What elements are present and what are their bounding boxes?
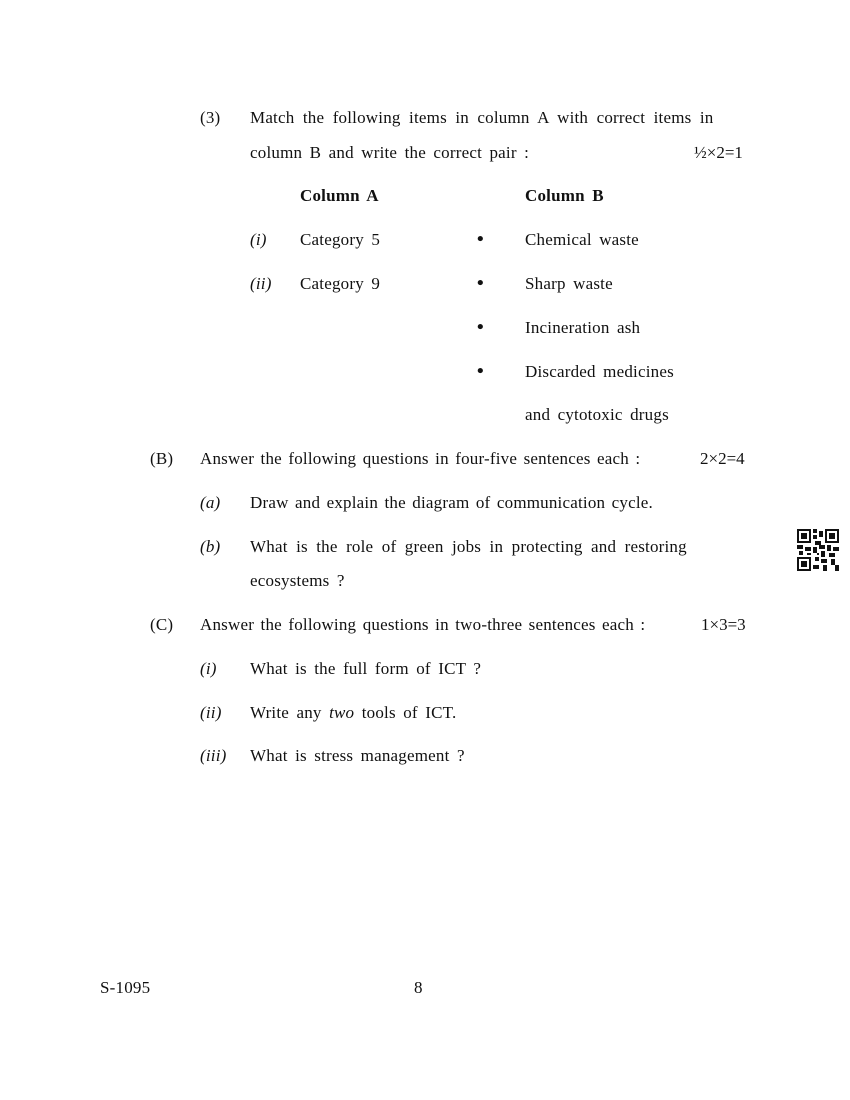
question-number: (3) <box>200 109 220 126</box>
section-c-instruction: Answer the following questions in two-th… <box>200 616 645 633</box>
section-b-label: (B) <box>150 450 173 467</box>
exam-page: (3) Match the following items in column … <box>0 0 850 1100</box>
bullet-icon: • <box>475 231 486 249</box>
column-b-header: Column B <box>525 187 604 204</box>
paper-code: S-1095 <box>100 979 150 996</box>
question-item-line2: ecosystems ? <box>250 572 345 589</box>
question-text-line1: Match the following items in column A wi… <box>250 109 714 126</box>
item-label: (b) <box>200 538 220 555</box>
column-b-item: Incineration ash <box>525 319 640 336</box>
question-item-pre: Write any <box>250 703 329 722</box>
item-label: (iii) <box>200 747 227 764</box>
column-a-item: Category 9 <box>300 275 380 292</box>
column-a-label: (ii) <box>250 275 272 292</box>
question-item-line1: What is the role of green jobs in protec… <box>250 538 687 555</box>
question-item: Write any two tools of ICT. <box>250 704 456 721</box>
bullet-icon: • <box>475 275 486 293</box>
item-label: (i) <box>200 660 217 677</box>
question-text-line2: column B and write the correct pair : <box>250 144 529 161</box>
item-label: (a) <box>200 494 220 511</box>
question-marks: ½×2=1 <box>694 144 743 161</box>
column-b-item: Discarded medicines <box>525 363 674 380</box>
column-b-item: Sharp waste <box>525 275 613 292</box>
section-b-instruction: Answer the following questions in four-f… <box>200 450 640 467</box>
column-b-item-continuation: and cytotoxic drugs <box>525 406 669 423</box>
column-a-item: Category 5 <box>300 231 380 248</box>
qr-code-icon <box>797 529 839 571</box>
section-c-marks: 1×3=3 <box>701 616 746 633</box>
question-item-post: tools of ICT. <box>354 703 456 722</box>
section-b-marks: 2×2=4 <box>700 450 745 467</box>
item-label: (ii) <box>200 704 222 721</box>
column-a-header: Column A <box>300 187 379 204</box>
question-item: Draw and explain the diagram of communic… <box>250 494 653 511</box>
question-item: What is stress management ? <box>250 747 465 764</box>
bullet-icon: • <box>475 319 486 337</box>
page-number: 8 <box>414 979 423 996</box>
question-item: What is the full form of ICT ? <box>250 660 481 677</box>
column-a-label: (i) <box>250 231 267 248</box>
bullet-icon: • <box>475 363 486 381</box>
column-b-item: Chemical waste <box>525 231 639 248</box>
section-c-label: (C) <box>150 616 173 633</box>
emphasized-word: two <box>329 703 354 722</box>
